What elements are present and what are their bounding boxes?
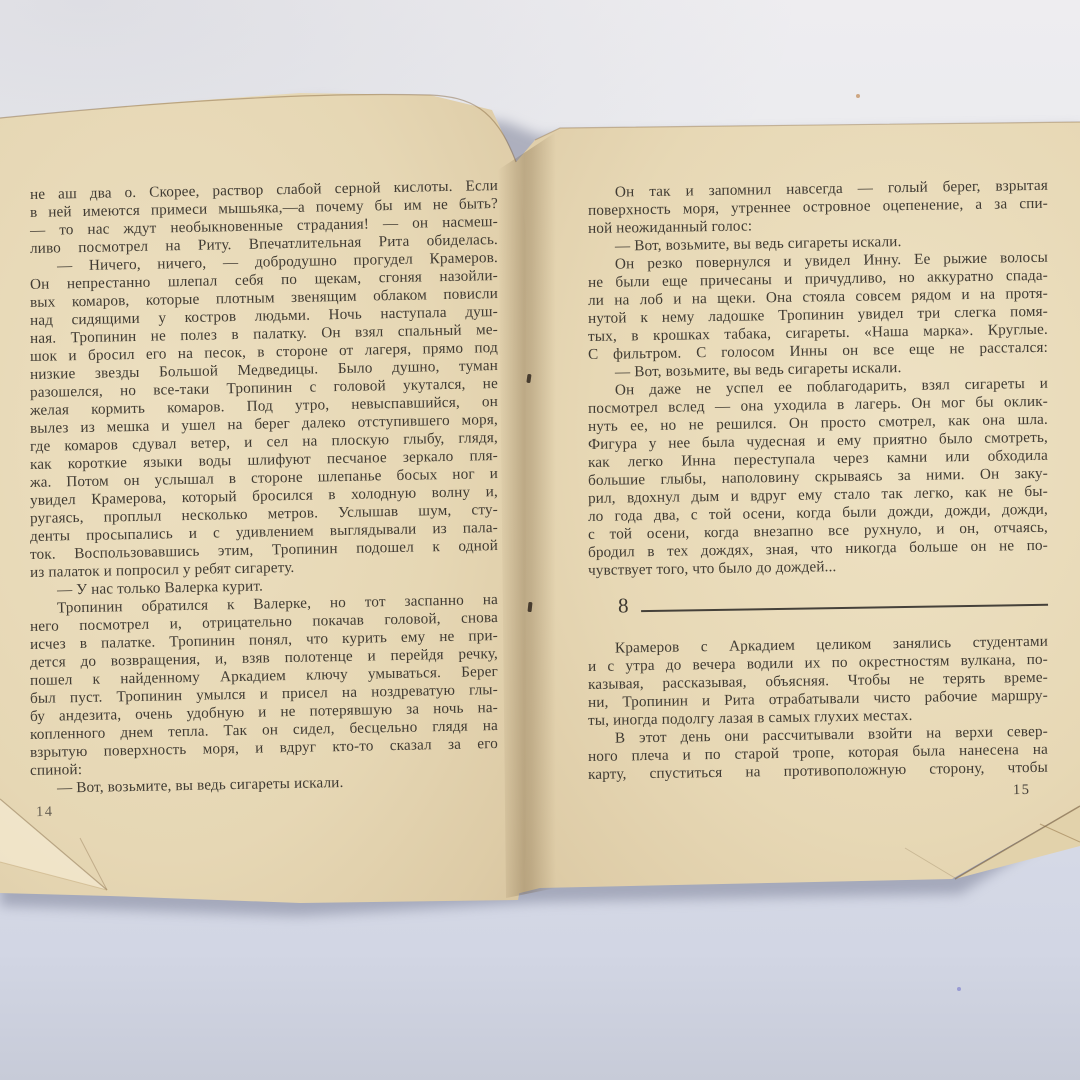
page-right-text: Он так и запомнил навсегда — голый берег…: [588, 184, 1048, 784]
section-heading-row: 8: [588, 587, 1048, 618]
page-right-text-before-heading: Он так и запомнил навсегда — голый берег…: [588, 184, 1048, 580]
section-heading-rule: [641, 603, 1048, 612]
book-spine-gutter: [498, 132, 556, 898]
section-heading-number: 8: [618, 593, 629, 617]
page-left-text: не аш два о. Скорее, раствор слабой серн…: [30, 186, 498, 798]
table-speck: [856, 94, 860, 98]
page-number-right: 15: [1013, 782, 1031, 799]
page-number-left: 14: [36, 804, 54, 821]
page-right-text-after-heading: Крамеров с Аркадием целиком занялись сту…: [588, 640, 1048, 784]
table-speck: [957, 987, 961, 991]
book-photo: не аш два о. Скорее, раствор слабой серн…: [0, 0, 1080, 1080]
